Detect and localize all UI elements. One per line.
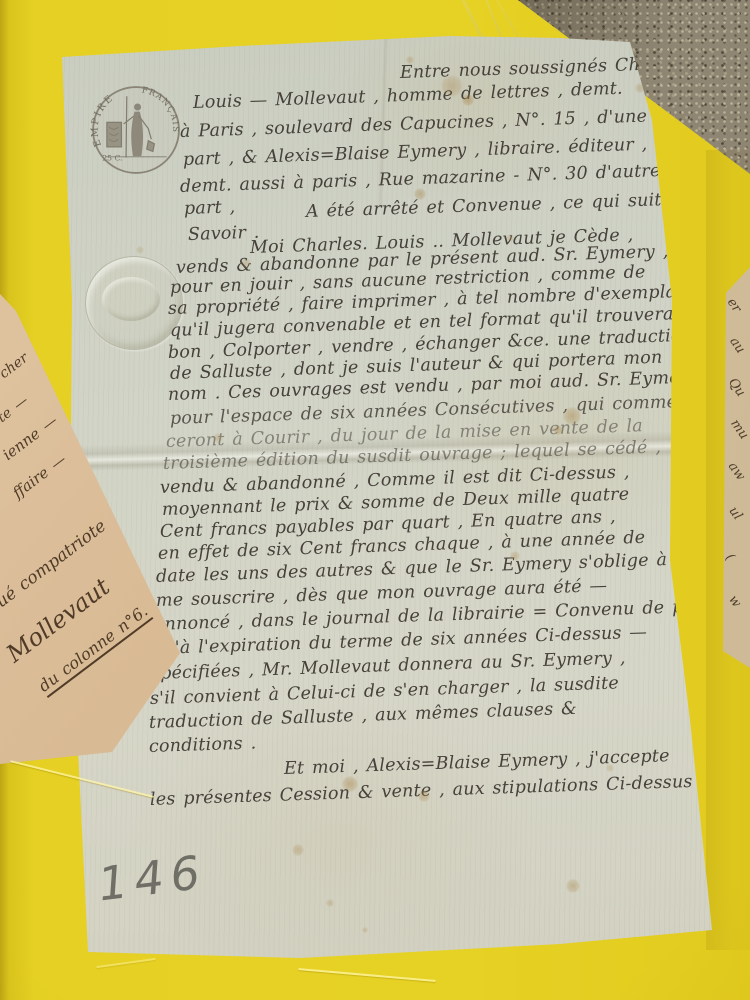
paper-stain xyxy=(683,345,693,355)
cutoff-mark: ul xyxy=(726,504,745,523)
cutoff-mark: ( xyxy=(722,551,737,564)
photo-stage: erauQumuawul(w EMPIRE FRANÇAIS xyxy=(0,0,750,1000)
cutoff-mark: au xyxy=(726,335,748,357)
cutoff-mark: aw xyxy=(725,459,748,483)
folder-crease xyxy=(96,958,156,968)
paper-edge-shading xyxy=(0,0,750,1000)
cutoff-mark: er xyxy=(724,295,744,315)
main-document: EMPIRE FRANÇAIS 25 C. Entre nous soussig… xyxy=(0,0,750,1000)
folder-crease xyxy=(298,968,436,982)
cutoff-mark: mu xyxy=(727,417,750,443)
cutoff-mark: Qu xyxy=(725,375,748,399)
cutoff-mark: w xyxy=(725,593,744,611)
